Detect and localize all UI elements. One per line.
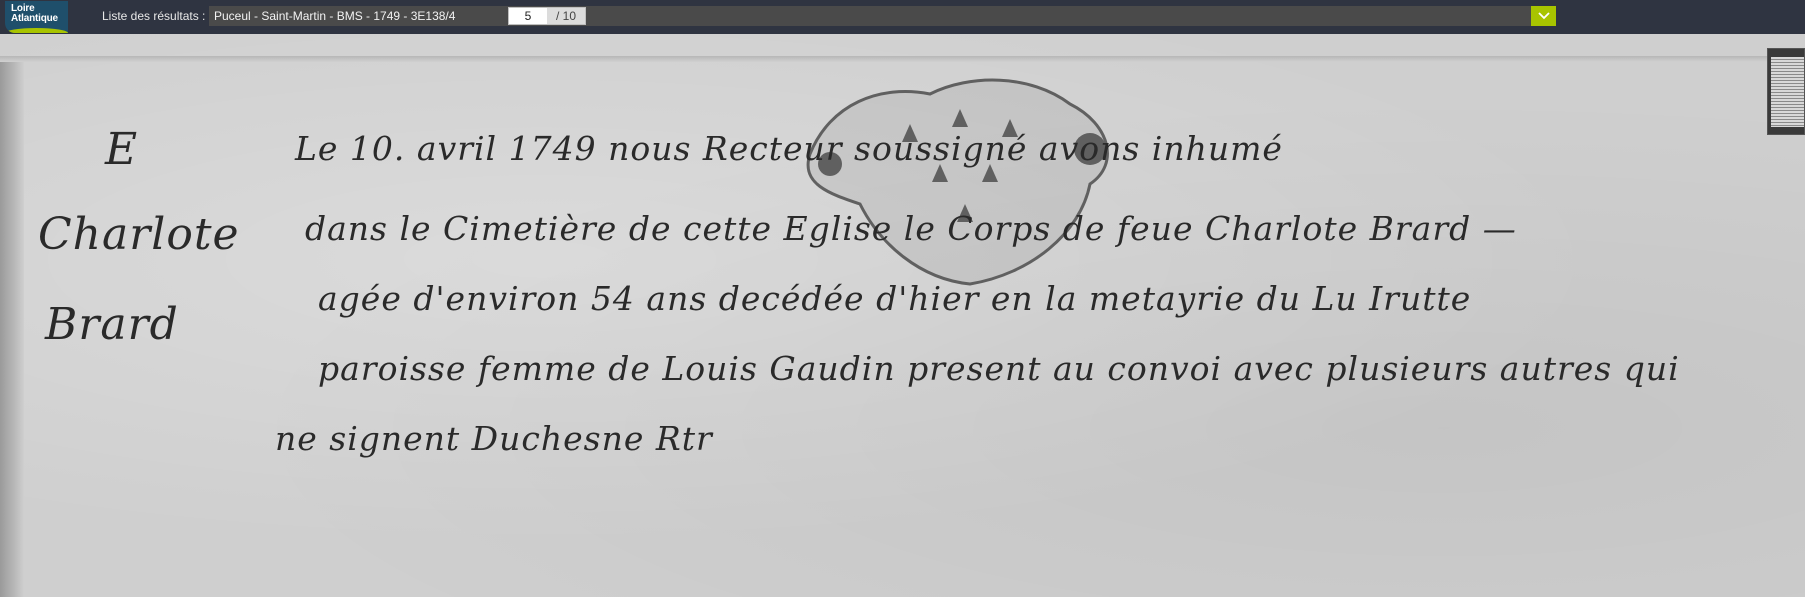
page-edge-left [0, 62, 24, 597]
loire-atlantique-logo[interactable]: Loire Atlantique [5, 1, 68, 33]
record-line-2: dans le Cimetière de cette Eglise le Cor… [305, 209, 1517, 248]
page-number-input[interactable] [509, 8, 547, 24]
top-bar: Loire Atlantique Liste des résultats : P… [0, 0, 1805, 34]
page-navigator: / 10 [508, 7, 586, 25]
record-line-4: paroisse femme de Louis Gaudin present a… [318, 349, 1680, 388]
margin-note-brard: Brard [45, 299, 179, 350]
record-line-3: agée d'environ 54 ans decédée d'hier en … [318, 279, 1471, 318]
page-total: / 10 [547, 8, 585, 24]
logo-line-2: Atlantique [11, 14, 58, 24]
results-list-label: Liste des résultats : [102, 9, 205, 23]
results-dropdown-button[interactable] [1531, 6, 1556, 26]
record-line-1: Le 10. avril 1749 nous Recteur soussigné… [295, 129, 1283, 168]
selected-result-value: Puceul - Saint-Martin - BMS - 1749 - 3E1… [209, 9, 455, 23]
page-edge-top [0, 56, 1805, 62]
margin-note-charlote: Charlote [38, 209, 240, 260]
document-viewer[interactable]: E Charlote Brard Le 10. avril 1749 nous … [0, 34, 1805, 597]
chevron-down-icon [1538, 12, 1550, 20]
record-line-5: ne signent Duchesne Rtr [275, 419, 713, 458]
minimap-viewport [1771, 57, 1804, 127]
stamp-seal-icon [790, 64, 1150, 304]
margin-note-e: E [105, 124, 138, 175]
logo-swoosh-icon [5, 28, 68, 33]
page-thumbnail-minimap[interactable] [1767, 48, 1805, 135]
results-select[interactable]: Puceul - Saint-Martin - BMS - 1749 - 3E1… [209, 6, 1556, 26]
